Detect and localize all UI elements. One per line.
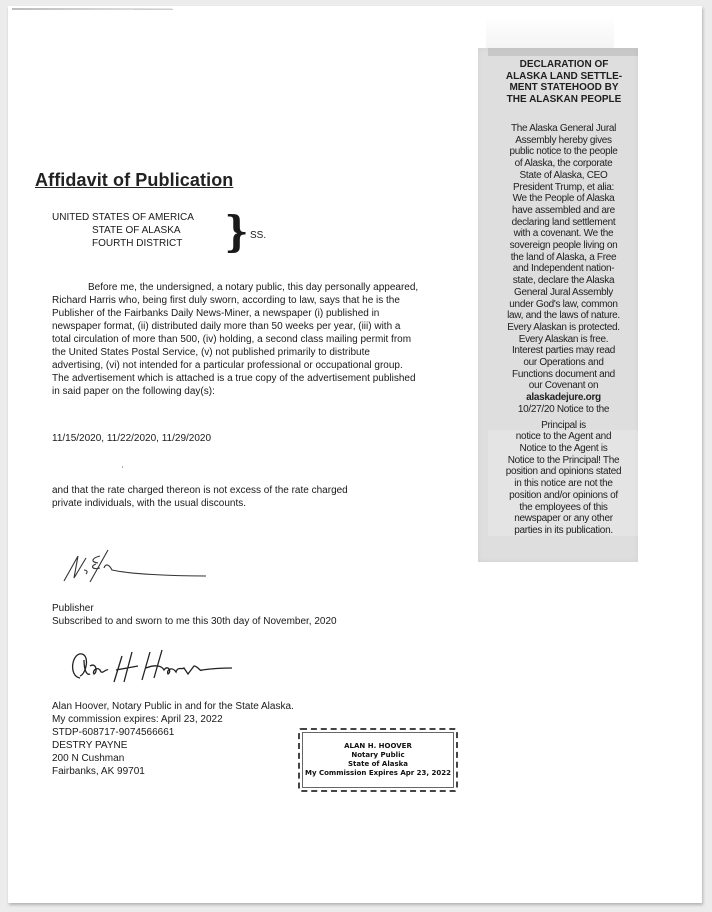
clipping-line: of Alaska, the corporate	[486, 158, 641, 170]
publisher-signature-icon	[60, 548, 210, 588]
brace-icon: }	[224, 212, 248, 252]
publication-dates: 11/15/2020, 11/22/2020, 11/29/2020	[52, 433, 211, 444]
clipping-line: General Jural Assembly	[486, 287, 641, 299]
clipping-url: alaskadejure.org	[486, 392, 641, 404]
clipping-line: parties in its publication.	[486, 525, 641, 537]
publisher-block: Publisher Subscribed to and sworn to me …	[52, 602, 337, 628]
clipping-line: newspaper or any other	[486, 513, 641, 525]
clipping-line: our Operations and	[486, 357, 641, 369]
notary-line: My commission expires: April 23, 2022	[52, 713, 294, 726]
clipping-line: Notice to the Principal! The	[486, 455, 641, 467]
clipping-line: Notice to the Agent is	[486, 443, 641, 455]
stamp-role: Notary Public	[300, 751, 456, 760]
sworn-statement: Subscribed to and sworn to me this 30th …	[52, 615, 337, 628]
clipping-line: state, declare the Alaska	[486, 275, 641, 287]
notary-line: Fairbanks, AK 99701	[52, 765, 294, 778]
clipping-body: The Alaska General Jural Assembly hereby…	[486, 123, 641, 537]
stamp-expires: My Commission Expires Apr 23, 2022	[300, 769, 456, 778]
clipping-band	[488, 48, 638, 56]
venue-block: UNITED STATES OF AMERICA STATE OF ALASKA…	[52, 211, 194, 250]
clipping-line: Assembly hereby gives	[486, 135, 641, 147]
stamp-name: ALAN H. HOOVER	[300, 742, 456, 751]
venue-state: STATE OF ALASKA	[52, 224, 194, 237]
clipping-line: the employees of this	[486, 502, 641, 514]
clipping-line: President Trump, et alia:	[486, 182, 641, 194]
venue-district: FOURTH DISTRICT	[52, 237, 194, 250]
clipping-line: notice to the Agent and	[486, 431, 641, 443]
clipping-line: State of Alaska, CEO	[486, 170, 641, 182]
clipping-line: Every Alaskan is protected.	[486, 322, 641, 334]
clipping-line: and Independent nation-	[486, 263, 641, 275]
clipping-line: under God's law, common	[486, 299, 641, 311]
clipping-line: Interest parties may read	[486, 345, 641, 357]
clipping-line: position and opinions stated	[486, 466, 641, 478]
rate-statement: and that the rate charged thereon is not…	[52, 484, 352, 510]
scan-artifact	[133, 9, 173, 10]
headline-line: MENT STATEHOOD BY	[492, 82, 636, 94]
clipping-line: sovereign people living on	[486, 240, 641, 252]
clipping-line: position and/or opinions of	[486, 490, 641, 502]
clipping-line: have assembled and are	[486, 205, 641, 217]
notary-stamp: ALAN H. HOOVER Notary Public State of Al…	[298, 728, 458, 792]
ss-label: SS.	[250, 230, 266, 241]
notary-signature-icon	[66, 648, 236, 688]
headline-line: THE ALASKAN PEOPLE	[492, 94, 636, 106]
clipping-line: We the People of Alaska	[486, 193, 641, 205]
publisher-label: Publisher	[52, 602, 337, 615]
clipping-line: Principal is	[486, 420, 641, 432]
clipping-line: 10/27/20 Notice to the	[486, 404, 641, 416]
notary-block: Alan Hoover, Notary Public in and for th…	[52, 700, 294, 778]
clipping-headline: DECLARATION OF ALASKA LAND SETTLE- MENT …	[492, 59, 636, 105]
page-title: Affidavit of Publication	[35, 170, 233, 191]
clipping-line: The Alaska General Jural	[486, 123, 641, 135]
clipping-line: the land of Alaska, a Free	[486, 252, 641, 264]
headline-line: ALASKA LAND SETTLE-	[492, 71, 636, 83]
venue-country: UNITED STATES OF AMERICA	[52, 211, 194, 224]
notary-line: DESTRY PAYNE	[52, 739, 294, 752]
notary-line: STDP-608717-9074566661	[52, 726, 294, 739]
clipping-line: our Covenant on	[486, 380, 641, 392]
stamp-state: State of Alaska	[300, 760, 456, 769]
notary-line: Alan Hoover, Notary Public in and for th…	[52, 700, 294, 713]
clipping-line: Every Alaskan is free.	[486, 334, 641, 346]
clipping-line: declaring land settlement	[486, 217, 641, 229]
headline-line: DECLARATION OF	[492, 59, 636, 71]
clipping-line: Functions document and	[486, 369, 641, 381]
scan-speck	[122, 466, 123, 468]
clipping-line: law, and the laws of nature.	[486, 310, 641, 322]
clipping-line: in this notice are not the	[486, 478, 641, 490]
affidavit-body: Before me, the undersigned, a notary pub…	[52, 281, 422, 398]
notary-line: 200 N Cushman	[52, 752, 294, 765]
clipping-line: with a covenant. We the	[486, 228, 641, 240]
clipping-line: public notice to the people	[486, 146, 641, 158]
